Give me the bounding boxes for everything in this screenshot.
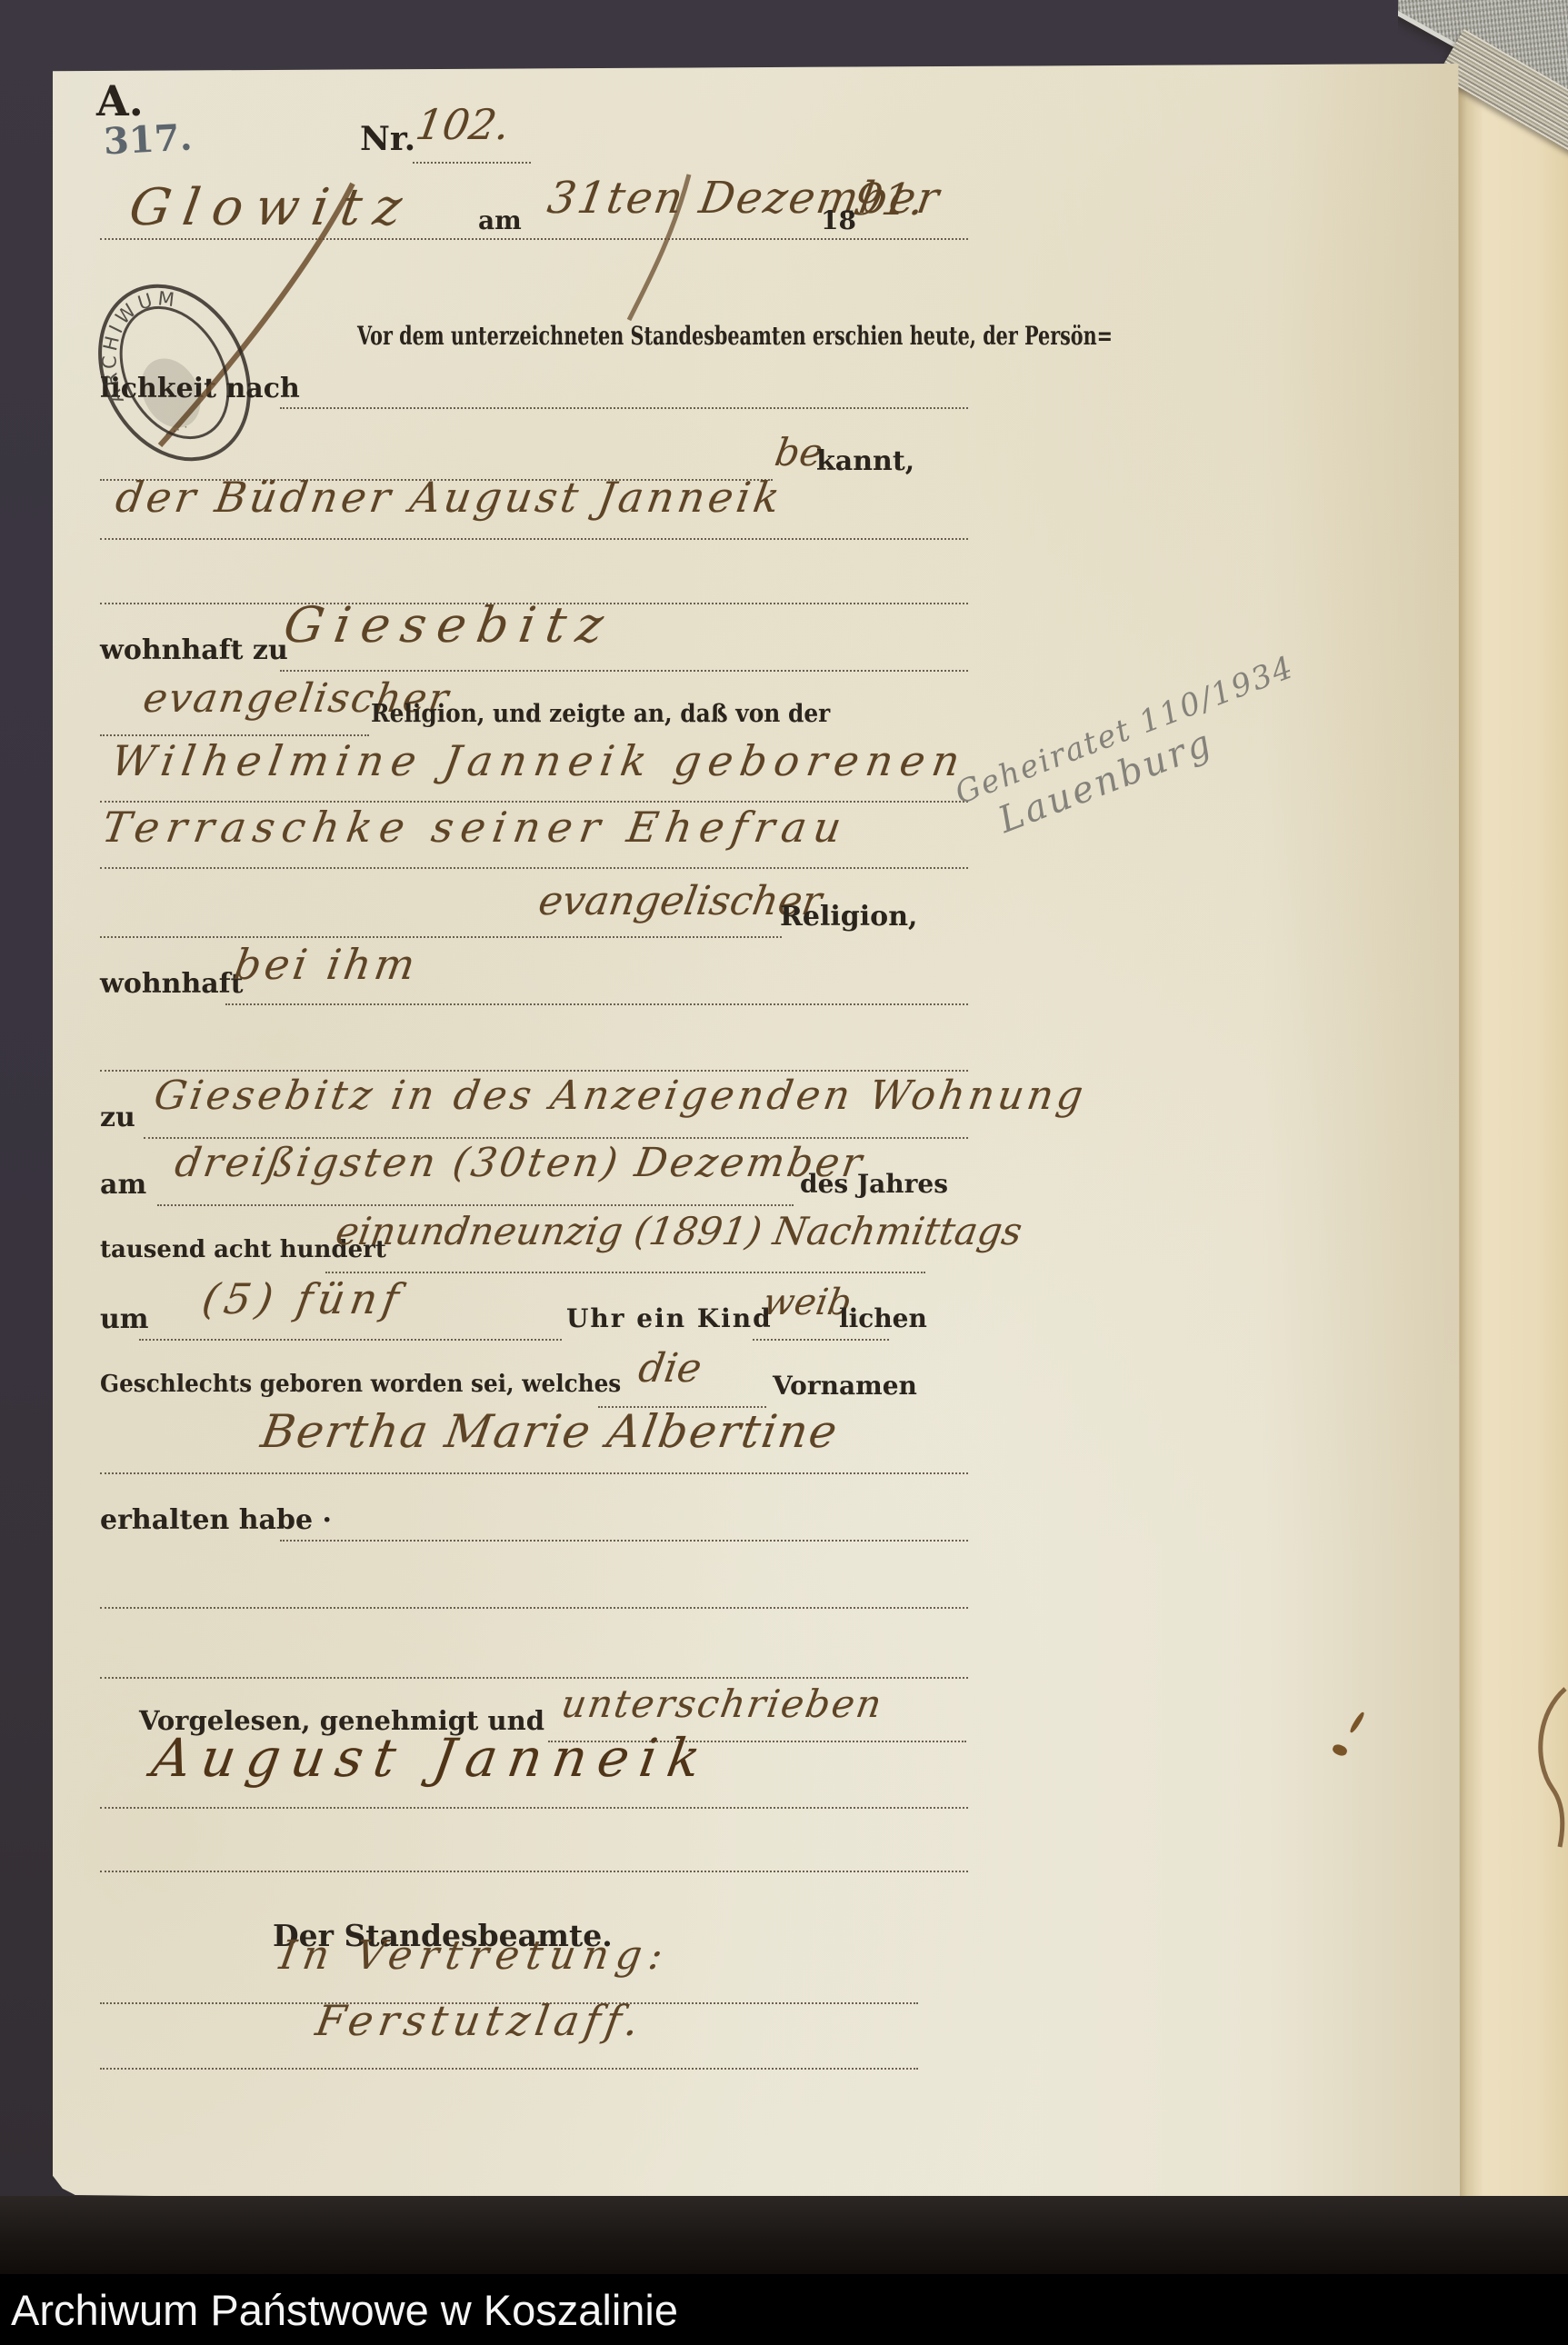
archival-scan: A. 317. Nr. 102. Glowitz am 31ten Dezemb… bbox=[0, 0, 1568, 2345]
page-number-annotation: 317. bbox=[103, 115, 194, 163]
sexline-handwritten: die bbox=[635, 1345, 704, 1392]
archive-caption: Archiwum Państwowe w Koszalinie bbox=[11, 2285, 678, 2335]
document-page: A. 317. Nr. 102. Glowitz am 31ten Dezemb… bbox=[53, 64, 1460, 2201]
form-rule bbox=[280, 670, 968, 672]
deputy-note: In Vertretung: bbox=[276, 1932, 674, 1979]
religion-printed: Religion, und zeigte an, daß von der bbox=[371, 700, 830, 728]
form-rule bbox=[144, 1137, 968, 1139]
form-rule bbox=[325, 1272, 925, 1273]
closing-handwritten: unterschrieben bbox=[558, 1681, 886, 1726]
pencil-margin-note: Geheiratet 110/1934 Lauenburg bbox=[950, 649, 1314, 853]
sexline-printed-1: Geschlechts geboren worden sei, welches bbox=[100, 1371, 621, 1398]
residence2-value: bei ihm bbox=[231, 940, 423, 989]
known-printed: kannt, bbox=[816, 445, 914, 477]
archive-stamp: ARCHIWUM · ·· · bbox=[65, 260, 278, 488]
form-rule bbox=[100, 1807, 968, 1809]
birthplace-value: Giesebitz in des Anzeigenden Wohnung bbox=[151, 1073, 1090, 1119]
form-rule bbox=[100, 1677, 968, 1679]
ink-speck bbox=[1332, 1743, 1349, 1758]
year-handwritten: 91. bbox=[851, 175, 928, 225]
birthplace-label: zu bbox=[100, 1102, 135, 1133]
form-rule bbox=[100, 538, 968, 540]
sexline-printed-2: Vornamen bbox=[773, 1371, 917, 1401]
form-rule bbox=[100, 936, 782, 938]
adjacent-page bbox=[1456, 67, 1568, 2198]
mother-religion-printed: Religion, bbox=[780, 901, 917, 933]
birthtime-value: (5) fünf bbox=[199, 1274, 408, 1323]
residence-value: Giesebitz bbox=[280, 596, 618, 654]
birthtime-mid: Uhr ein Kind bbox=[566, 1303, 773, 1333]
ink-speck bbox=[1349, 1711, 1366, 1733]
mother-name-line1: Wilhelmine Janneik geborenen bbox=[108, 736, 971, 785]
residence-label: wohnhaft zu bbox=[100, 634, 288, 666]
birthdate-label: am bbox=[100, 1169, 146, 1201]
birthyear-value: einundneunzig (1891) Nachmittags bbox=[333, 1209, 1025, 1253]
mother-name-line2: Terraschke seiner Ehefrau bbox=[99, 803, 853, 852]
form-rule bbox=[413, 162, 531, 164]
form-rule bbox=[139, 1339, 562, 1341]
form-rule bbox=[100, 1070, 968, 1072]
form-rule bbox=[753, 1339, 889, 1341]
sex-printed: lichen bbox=[839, 1303, 927, 1333]
registrar-signature: Ferstutzlaff. bbox=[313, 1996, 648, 2045]
form-rule bbox=[100, 1607, 968, 1609]
residence2-label: wohnhaft bbox=[100, 968, 243, 1000]
received-label: erhalten habe · bbox=[100, 1504, 332, 1536]
form-rule bbox=[157, 1204, 794, 1206]
record-number-value: 102. bbox=[413, 100, 514, 149]
birthdate-value: dreißigsten (30ten) Dezember bbox=[172, 1140, 868, 1186]
birthtime-label: um bbox=[100, 1303, 149, 1335]
form-rule bbox=[280, 1540, 968, 1542]
form-rule bbox=[100, 1472, 968, 1474]
scan-shadow bbox=[0, 2196, 1568, 2276]
child-name: Bertha Marie Albertine bbox=[257, 1405, 842, 1458]
ink-flourish-adjacent-page bbox=[1527, 1681, 1568, 1854]
record-number-label: Nr. bbox=[360, 120, 415, 158]
form-rule bbox=[100, 867, 968, 869]
archive-caption-bar: Archiwum Państwowe w Koszalinie bbox=[0, 2274, 1568, 2345]
stamp-and-flourishes: ARCHIWUM · ·· · bbox=[53, 173, 744, 518]
pen-flourish bbox=[629, 175, 689, 320]
form-rule bbox=[100, 1871, 968, 1872]
form-rule bbox=[100, 2068, 918, 2070]
birthdate-suffix: des Jahres bbox=[800, 1169, 948, 1199]
declarant-signature: August Janneik bbox=[148, 1727, 716, 1789]
form-rule bbox=[225, 1003, 968, 1005]
